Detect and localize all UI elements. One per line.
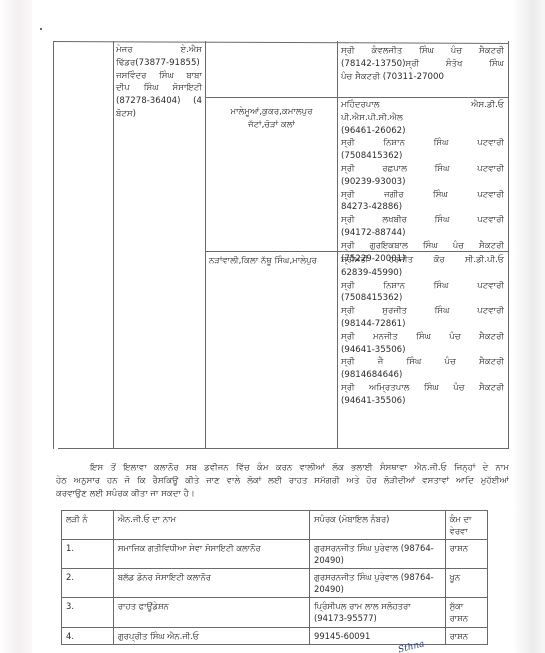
punch-mark <box>40 28 42 30</box>
ngo-table: ਲੜੀ ਨੰ ਐਨ.ਜੀ.ਓ ਦਾ ਨਾਮ ਸਪੰਰਕ (ਮੋਬਾਇਲ ਨੰਬਰ… <box>61 510 488 645</box>
table-row: 2. ਬਲੱਡ ਡੋਨਰ ਸੋਸਾਇਟੀ ਕਲਾਨੌਰ ਗੁਰਸਰਨਜੀਤ ਸਿ… <box>62 569 488 598</box>
officials-table: ਮੇਜਰ ਏ.ਐਸ ਢਿੱਡਰ(73877-91855) ਜਸਵਿੰਦਰ ਸਿੰ… <box>53 41 509 449</box>
header-serial: ਲੜੀ ਨੰ <box>62 511 114 540</box>
header-name: ਐਨ.ਜੀ.ਓ ਦਾ ਨਾਮ <box>113 511 309 540</box>
officials-row3: ਸ੍ਰੀਮਤੀ ਹਰਜੀਤ ਕੌਰ ਸੀ.ਡੀ.ਪੀ.ਓ 62839-45990… <box>341 254 504 408</box>
ngo-intro-paragraph: ਇਸ ਤੋਂ ਇਲਾਵਾ ਕਲਾਨੌਰ ਸਬ ਡਵੀਜਨ ਵਿੱਚ ਕੰਮ ਕਰ… <box>56 462 509 501</box>
scan-edge-right <box>515 0 545 653</box>
ngo-table-header: ਲੜੀ ਨੰ ਐਨ.ਜੀ.ਓ ਦਾ ਨਾਮ ਸਪੰਰਕ (ਮੋਬਾਇਲ ਨੰਬਰ… <box>62 511 488 540</box>
officials-row1: ਸ੍ਰੀ ਕੰਵਲਜੀਤ ਸਿੰਘ ਪੰਚ ਸੈਕਟਰੀ (78142-1375… <box>341 45 504 83</box>
table-row: 1. ਸਮਾਜਿਕ ਗਤੀਵਿਧੀਆ ਸੇਵਾ ਸੋਸਾਇਟੀ ਕਲਾਨੌਰ ਗ… <box>62 540 488 569</box>
header-work: ਕੰਮ ਦਾ ਵੇਰਵਾ <box>445 511 487 540</box>
villages-row3: ਨੜਾਂਵਾਲੀ,ਕਿਲਾ ਨੱਥੂ ਸਿੰਘ,ਮਾਲੇਪੁਰ <box>209 255 335 268</box>
villages-row2: ਮਾਲੇਮੂਆਂ,ਕੁਕਰ,ਕਮਾਲਪੁਰ ਜੱਟਾਂ,ਚੋੜਾਂ ਕਲਾਂ <box>206 106 337 132</box>
table-row: 3. ਰਾਹਤ ਫਾਊਂਡੇਸ਼ਨ ਪ੍ਰਿੰਸੀਪਲ ਰਾਮ ਲਾਲ ਸਲੋਹ… <box>62 598 488 628</box>
scan-edge-left <box>0 0 32 653</box>
ngo-boats-cell: ਮੇਜਰ ਏ.ਐਸ ਢਿੱਡਰ(73877-91855) ਜਸਵਿੰਦਰ ਸਿੰ… <box>116 44 202 121</box>
header-contact: ਸਪੰਰਕ (ਮੋਬਾਇਲ ਨੰਬਰ) <box>309 511 445 540</box>
officials-row2: ਮਹਿੰਦਰਪਾਲ ਐਸ.ਡੀ.ਓ ਪੀ.ਐਸ.ਪੀ.ਸੀ.ਐਲ (96461-… <box>341 99 504 265</box>
